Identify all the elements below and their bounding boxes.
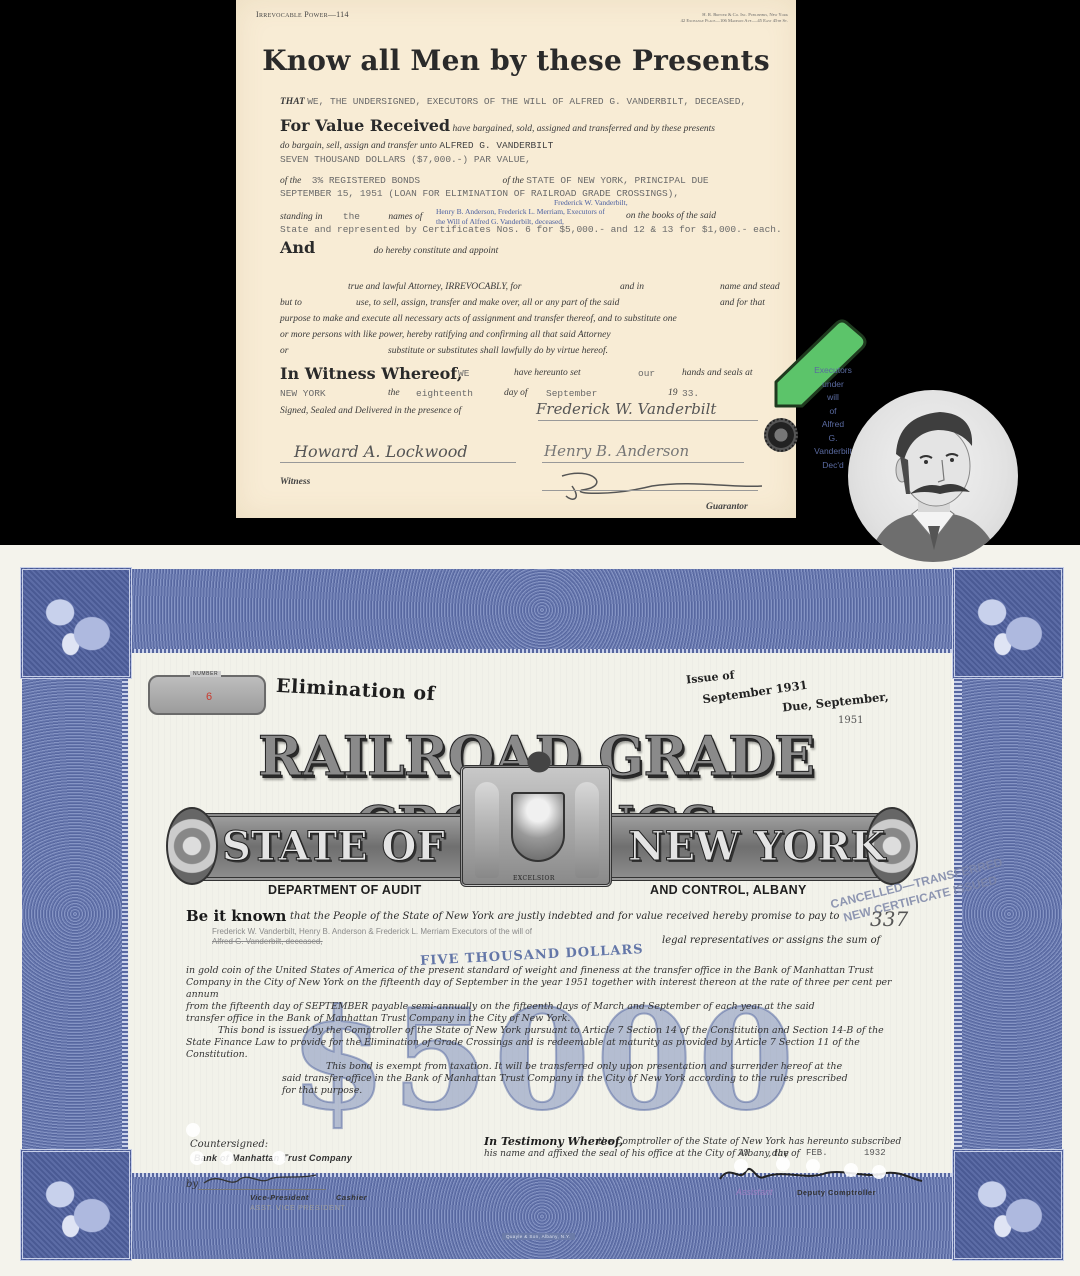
vice-president-label: Vice-President bbox=[250, 1193, 309, 1202]
standing-in-line: standing in the names of bbox=[280, 211, 422, 222]
notary-seal-icon bbox=[764, 418, 798, 452]
our-word: our bbox=[638, 368, 655, 379]
that-label: THAT bbox=[280, 97, 305, 107]
hands-seals-label: hands and seals at bbox=[682, 368, 752, 378]
for-value-received-heading: For Value Received bbox=[280, 116, 450, 135]
but-to-label: but to bbox=[280, 298, 302, 308]
on-books-label: on the books of the said bbox=[626, 211, 716, 221]
body-line: Constitution. bbox=[186, 1049, 926, 1061]
corner-ornament-icon bbox=[20, 567, 132, 679]
margin-note-line: of bbox=[810, 405, 856, 419]
cashier-label: Cashier bbox=[336, 1193, 367, 1202]
bank-officer-signature bbox=[200, 1169, 320, 1191]
the-word: the bbox=[343, 211, 360, 222]
publisher-line-2: 42 Exchange Place—106 Madison Ave.—45 Ea… bbox=[681, 18, 788, 24]
margin-note-line: will bbox=[810, 391, 856, 405]
eagle-icon bbox=[519, 744, 559, 774]
by-label: by bbox=[186, 1179, 198, 1190]
assistant-stamp: Assistant bbox=[736, 1187, 773, 1197]
bargain-text: do bargain, sell, assign and transfer un… bbox=[280, 141, 437, 151]
banner-new-york: NEW YORK bbox=[628, 815, 885, 879]
month-typed: FEB. bbox=[806, 1148, 828, 1158]
legal-representatives-line: legal representatives or assigns the sum… bbox=[662, 935, 880, 946]
liberty-figure-icon bbox=[475, 782, 499, 878]
that-we-text: WE, THE UNDERSIGNED, EXECUTORS OF THE WI… bbox=[307, 96, 746, 107]
signature-line-2 bbox=[542, 462, 744, 463]
executors-margin-note: Executors under will of Alfred G. Vander… bbox=[810, 364, 856, 472]
par-value-line: SEVEN THOUSAND DOLLARS ($7,000.-) PAR VA… bbox=[280, 154, 531, 165]
body-line: said transfer office in the Bank of Manh… bbox=[186, 1073, 926, 1085]
body-line: This bond is issued by the Comptroller o… bbox=[186, 1025, 926, 1037]
shield-icon bbox=[511, 792, 565, 862]
of-the-label-2: of the bbox=[502, 176, 523, 186]
body-line: from the fifteenth day of SEPTEMBER paya… bbox=[186, 1001, 926, 1013]
number-label: NUMBER bbox=[190, 671, 221, 677]
punch-hole-icon bbox=[220, 1151, 234, 1165]
be-it-known-heading: Be it known bbox=[186, 907, 286, 925]
names-insert-line-2: Henry B. Anderson, Frederick L. Merriam,… bbox=[436, 208, 605, 217]
for-value-text: have bargained, sold, assigned and trans… bbox=[452, 124, 715, 134]
punch-hole-icon bbox=[872, 1165, 886, 1179]
body-line: in gold coin of the United States of Ame… bbox=[186, 965, 926, 977]
promise-line: that the People of the State of New York… bbox=[290, 911, 839, 922]
issuer: STATE OF NEW YORK, PRINCIPAL DUE bbox=[526, 175, 708, 186]
bond-type: 3% REGISTERED BONDS bbox=[312, 175, 420, 186]
or-label: or bbox=[280, 346, 288, 356]
appoint-text: do hereby constitute and appoint bbox=[374, 246, 499, 256]
persons-line: or more persons with like power, hereby … bbox=[280, 330, 611, 340]
scroll-ornament-icon bbox=[166, 807, 218, 885]
banner-state-of: STATE OF bbox=[222, 815, 445, 879]
of-the-label-1: of the bbox=[280, 176, 301, 186]
corner-ornament-icon bbox=[952, 567, 1064, 679]
and-line: And do hereby constitute and appoint bbox=[280, 238, 498, 257]
punch-hole-icon bbox=[734, 1159, 748, 1173]
portrait-vanderbilt bbox=[848, 390, 1018, 562]
name-and-stead-label: name and stead bbox=[720, 282, 780, 292]
document-headline: Know all Men by these Presents bbox=[236, 44, 796, 77]
the-label: the bbox=[388, 388, 400, 398]
and-in-label: and in bbox=[620, 282, 644, 292]
signed-sealed-label: Signed, Sealed and Delivered in the pres… bbox=[280, 406, 461, 416]
guarantor-signature bbox=[552, 466, 772, 502]
border-top bbox=[22, 569, 1062, 651]
body-line: transfer office in the Bank of Manhattan… bbox=[186, 1013, 926, 1025]
punch-hole-icon bbox=[272, 1151, 286, 1165]
witness-signature-line bbox=[280, 462, 516, 463]
hereunto-set-label: have hereunto set bbox=[514, 368, 581, 378]
publisher-imprint: H. R. Brewer & Co. Inc. Publishers, New … bbox=[681, 12, 788, 24]
countersigned-label: Countersigned: bbox=[190, 1139, 268, 1150]
day-typed: 29 bbox=[738, 1148, 749, 1158]
bank-signature-line bbox=[198, 1189, 326, 1190]
guarantor-label: Guarantor bbox=[706, 502, 748, 512]
body-line: State Finance Law to provide for the Eli… bbox=[186, 1037, 926, 1049]
punch-hole-icon bbox=[844, 1163, 858, 1177]
corner-ornament-icon bbox=[20, 1149, 132, 1261]
substitute-line: substitute or substitutes shall lawfully… bbox=[388, 346, 608, 356]
names-of-label: names of bbox=[388, 212, 422, 222]
witness-whereof-line: In Witness Whereof, bbox=[280, 364, 462, 383]
form-number: Irrevocable Power—114 bbox=[256, 10, 349, 19]
bond-certificate: $5000 NUMBER 6 Elimination of Issue of S… bbox=[0, 545, 1080, 1276]
that-we-line: THAT WE, THE UNDERSIGNED, EXECUTORS OF T… bbox=[280, 96, 746, 107]
certificate-number-plate: NUMBER 6 bbox=[148, 675, 266, 715]
power-of-attorney-document: Irrevocable Power—114 H. R. Brewer & Co.… bbox=[236, 0, 796, 518]
payee-line-1: Frederick W. Vanderbilt, Henry B. Anders… bbox=[212, 927, 532, 936]
transferee-name: ALFRED G. VANDERBILT bbox=[439, 140, 553, 151]
guarantor-signature-line bbox=[542, 490, 758, 491]
and-heading: And bbox=[280, 238, 315, 257]
standing-in-label: standing in bbox=[280, 212, 323, 222]
witness-label: Witness bbox=[280, 477, 310, 487]
body-line: This bond is exempt from taxation. It wi… bbox=[186, 1061, 926, 1073]
punch-hole-icon bbox=[190, 1151, 204, 1165]
certificates-line: State and represented by Certificates No… bbox=[280, 224, 782, 235]
year-prefix: 19 bbox=[668, 388, 678, 398]
margin-note-line: under bbox=[810, 378, 856, 392]
punch-hole-icon bbox=[776, 1157, 790, 1171]
use-line: use, to sell, assign, transfer and make … bbox=[356, 298, 619, 308]
justice-figure-icon bbox=[575, 782, 599, 878]
year-suffix: 33. bbox=[682, 388, 699, 399]
day-of-label: day of bbox=[504, 388, 527, 398]
stamp-number: 337 bbox=[870, 907, 908, 931]
margin-note-line: Executors bbox=[810, 364, 856, 378]
day-typed: eighteenth bbox=[416, 388, 473, 399]
month-typed: September bbox=[546, 388, 597, 399]
certificate-number: 6 bbox=[206, 691, 212, 703]
deputy-comptroller-label: Deputy Comptroller bbox=[797, 1188, 876, 1197]
signature-howard-lockwood: Howard A. Lockwood bbox=[294, 442, 468, 461]
testimony-line-1: the Comptroller of the State of New York… bbox=[598, 1137, 901, 1147]
margin-note-line: G. bbox=[810, 432, 856, 446]
printer-imprint: Quayle & Son, Albany, N.Y. bbox=[502, 1233, 575, 1240]
and-for-that-label: and for that bbox=[720, 298, 765, 308]
par-value: SEVEN THOUSAND DOLLARS ($7,000.-) PAR VA… bbox=[280, 154, 531, 165]
year-typed: 1932 bbox=[864, 1148, 886, 1158]
purpose-line: purpose to make and execute all necessar… bbox=[280, 314, 677, 324]
border-chain-right bbox=[954, 649, 962, 1179]
punch-hole-icon bbox=[806, 1159, 820, 1173]
margin-note-line: Alfred bbox=[810, 418, 856, 432]
we-word: WE bbox=[458, 368, 469, 379]
signature-line-1 bbox=[538, 420, 758, 421]
body-line: Company in the City of New York on the f… bbox=[186, 977, 926, 1001]
certificates-text: State and represented by Certificates No… bbox=[280, 224, 782, 235]
department-right: AND CONTROL, ALBANY bbox=[650, 883, 807, 897]
department-left: DEPARTMENT OF AUDIT bbox=[268, 883, 422, 897]
body-line: for that purpose. bbox=[186, 1085, 926, 1097]
witness-whereof-heading: In Witness Whereof, bbox=[280, 364, 462, 383]
corner-ornament-icon bbox=[952, 1149, 1064, 1261]
bargain-line: do bargain, sell, assign and transfer un… bbox=[280, 140, 553, 151]
bond-body-text: in gold coin of the United States of Ame… bbox=[186, 965, 926, 1097]
payee-line-2: Alfred G. Vanderbilt, deceased, bbox=[212, 937, 323, 946]
crest-motto: EXCELSIOR bbox=[513, 875, 555, 882]
punch-hole-icon bbox=[186, 1123, 200, 1137]
bond-type-line: of the 3% REGISTERED BONDS of the STATE … bbox=[280, 175, 709, 186]
signature-henry-anderson: Henry B. Anderson bbox=[544, 442, 689, 460]
new-york-coat-of-arms-icon: EXCELSIOR bbox=[460, 765, 612, 887]
place-typed: NEW YORK bbox=[280, 388, 326, 399]
attorney-line: true and lawful Attorney, IRREVOCABLY, f… bbox=[348, 282, 521, 292]
asst-vice-president-stamp: ASST. VICE PRESIDENT bbox=[250, 1203, 345, 1212]
signature-frederick-vanderbilt: Frederick W. Vanderbilt bbox=[536, 400, 716, 418]
for-value-line: For Value Received have bargained, sold,… bbox=[280, 116, 715, 135]
